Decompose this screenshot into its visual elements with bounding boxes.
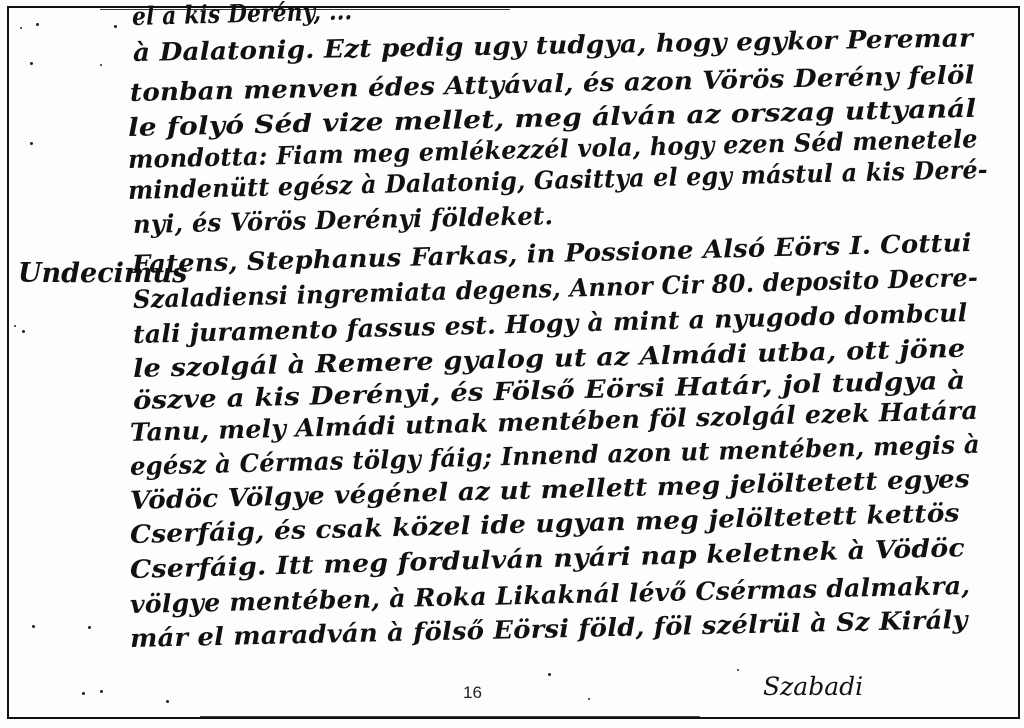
signature: Szabadi: [763, 672, 863, 701]
scan-speck: [100, 64, 102, 66]
scan-speck: [166, 700, 169, 703]
scan-speck: [88, 626, 91, 629]
scan-speck: [36, 23, 39, 26]
scan-speck: [82, 692, 85, 695]
manuscript-page: el a kis Derény, ...à Dalatonig. Ezt ped…: [0, 0, 1024, 728]
scan-speck: [548, 673, 551, 676]
scan-speck: [588, 698, 590, 700]
scan-speck: [30, 62, 33, 65]
scan-speck: [22, 330, 25, 333]
page-number: 16: [463, 683, 482, 703]
frame-bottom-rule: [200, 716, 700, 717]
scan-speck: [100, 690, 103, 693]
scan-speck: [20, 27, 22, 29]
scan-speck: [32, 625, 35, 628]
scan-speck: [737, 669, 739, 671]
scan-speck: [30, 142, 33, 145]
margin-note: Undecimus: [18, 258, 187, 289]
scan-speck: [114, 25, 117, 28]
scan-speck: [14, 325, 16, 327]
